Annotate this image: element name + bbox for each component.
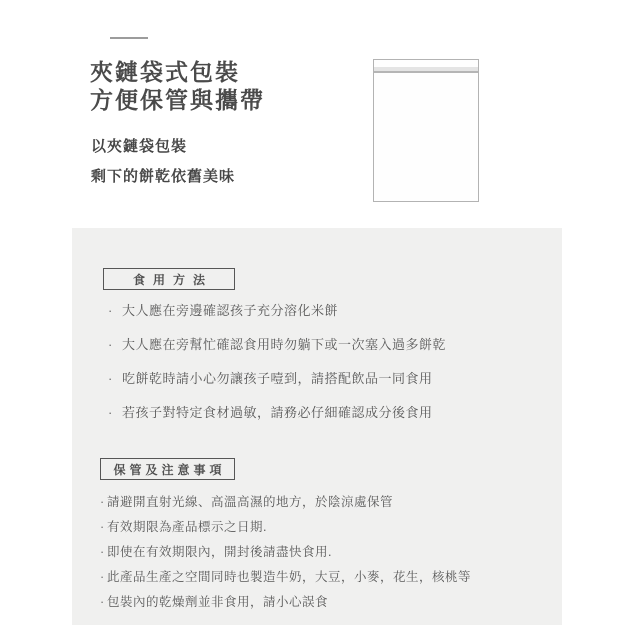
section-title-usage: 食用方法 (103, 268, 235, 290)
info-panel: 食用方法 · 大人應在旁邊確認孩子充分溶化米餅 · 大人應在旁幫忙確認食用時勿躺… (72, 228, 562, 625)
ziplock-seal-line (374, 71, 478, 73)
list-item: · 若孩子對特定食材過敏，請務必仔細確認成分後食用 (108, 406, 446, 420)
list-item: · 大人應在旁邊確認孩子充分溶化米餅 (108, 304, 446, 318)
bullet-dot: · (100, 521, 107, 534)
hero-sub-line2: 剩下的餅乾依舊美味 (91, 162, 235, 192)
list-item: · 有效期限為產品標示之日期. (100, 521, 471, 534)
list-item: · 大人應在旁幫忙確認食用時勿躺下或一次塞入過多餅乾 (108, 338, 446, 352)
list-item-text: 大人應在旁幫忙確認食用時勿躺下或一次塞入過多餅乾 (122, 338, 446, 352)
hero-heading: 夾鏈袋式包裝 方便保管與攜帶 (90, 58, 265, 114)
bullet-dot: · (108, 304, 122, 318)
hero-heading-line2: 方便保管與攜帶 (90, 86, 265, 114)
list-item: · 請避開直射光線、高溫高濕的地方，於陰涼處保管 (100, 496, 471, 509)
section-title-storage: 保管及注意事項 (100, 458, 235, 480)
list-item-text: 若孩子對特定食材過敏，請務必仔細確認成分後食用 (122, 406, 433, 420)
section-title-storage-label: 保管及注意事項 (109, 461, 225, 478)
bullet-dot: · (100, 571, 107, 584)
bullet-dot: · (100, 496, 107, 509)
usage-list: · 大人應在旁邊確認孩子充分溶化米餅 · 大人應在旁幫忙確認食用時勿躺下或一次塞… (108, 304, 446, 440)
bullet-dot: · (108, 338, 122, 352)
list-item: · 吃餅乾時請小心勿讓孩子噎到，請搭配飲品一同食用 (108, 372, 446, 386)
list-item-text: 大人應在旁邊確認孩子充分溶化米餅 (122, 304, 338, 318)
list-item-text: 有效期限為產品標示之日期. (107, 521, 267, 534)
product-info-page: 夾鏈袋式包裝 方便保管與攜帶 以夾鏈袋包裝 剩下的餅乾依舊美味 食用方法 · 大… (0, 0, 640, 640)
section-title-usage-label: 食用方法 (125, 271, 213, 288)
hero-subheading: 以夾鏈袋包裝 剩下的餅乾依舊美味 (91, 132, 235, 192)
decorative-dash (110, 37, 148, 39)
storage-list: · 請避開直射光線、高溫高濕的地方，於陰涼處保管 · 有效期限為產品標示之日期.… (100, 496, 471, 621)
hero-sub-line1: 以夾鏈袋包裝 (91, 132, 235, 162)
list-item-text: 即使在有效期限內，開封後請盡快食用. (107, 546, 332, 559)
list-item-text: 吃餅乾時請小心勿讓孩子噎到，請搭配飲品一同食用 (122, 372, 433, 386)
bullet-dot: · (100, 546, 107, 559)
list-item: · 即使在有效期限內，開封後請盡快食用. (100, 546, 471, 559)
list-item: · 包裝內的乾燥劑並非食用，請小心誤食 (100, 596, 471, 609)
hero-heading-line1: 夾鏈袋式包裝 (90, 58, 265, 86)
ziplock-bag-image (373, 59, 479, 202)
bullet-dot: · (100, 596, 107, 609)
list-item-text: 此產品生產之空間同時也製造牛奶，大豆，小麥，花生，核桃等 (107, 571, 471, 584)
list-item-text: 請避開直射光線、高溫高濕的地方，於陰涼處保管 (107, 496, 393, 509)
bullet-dot: · (108, 406, 122, 420)
list-item-text: 包裝內的乾燥劑並非食用，請小心誤食 (107, 596, 328, 609)
list-item: · 此產品生產之空間同時也製造牛奶，大豆，小麥，花生，核桃等 (100, 571, 471, 584)
bullet-dot: · (108, 372, 122, 386)
